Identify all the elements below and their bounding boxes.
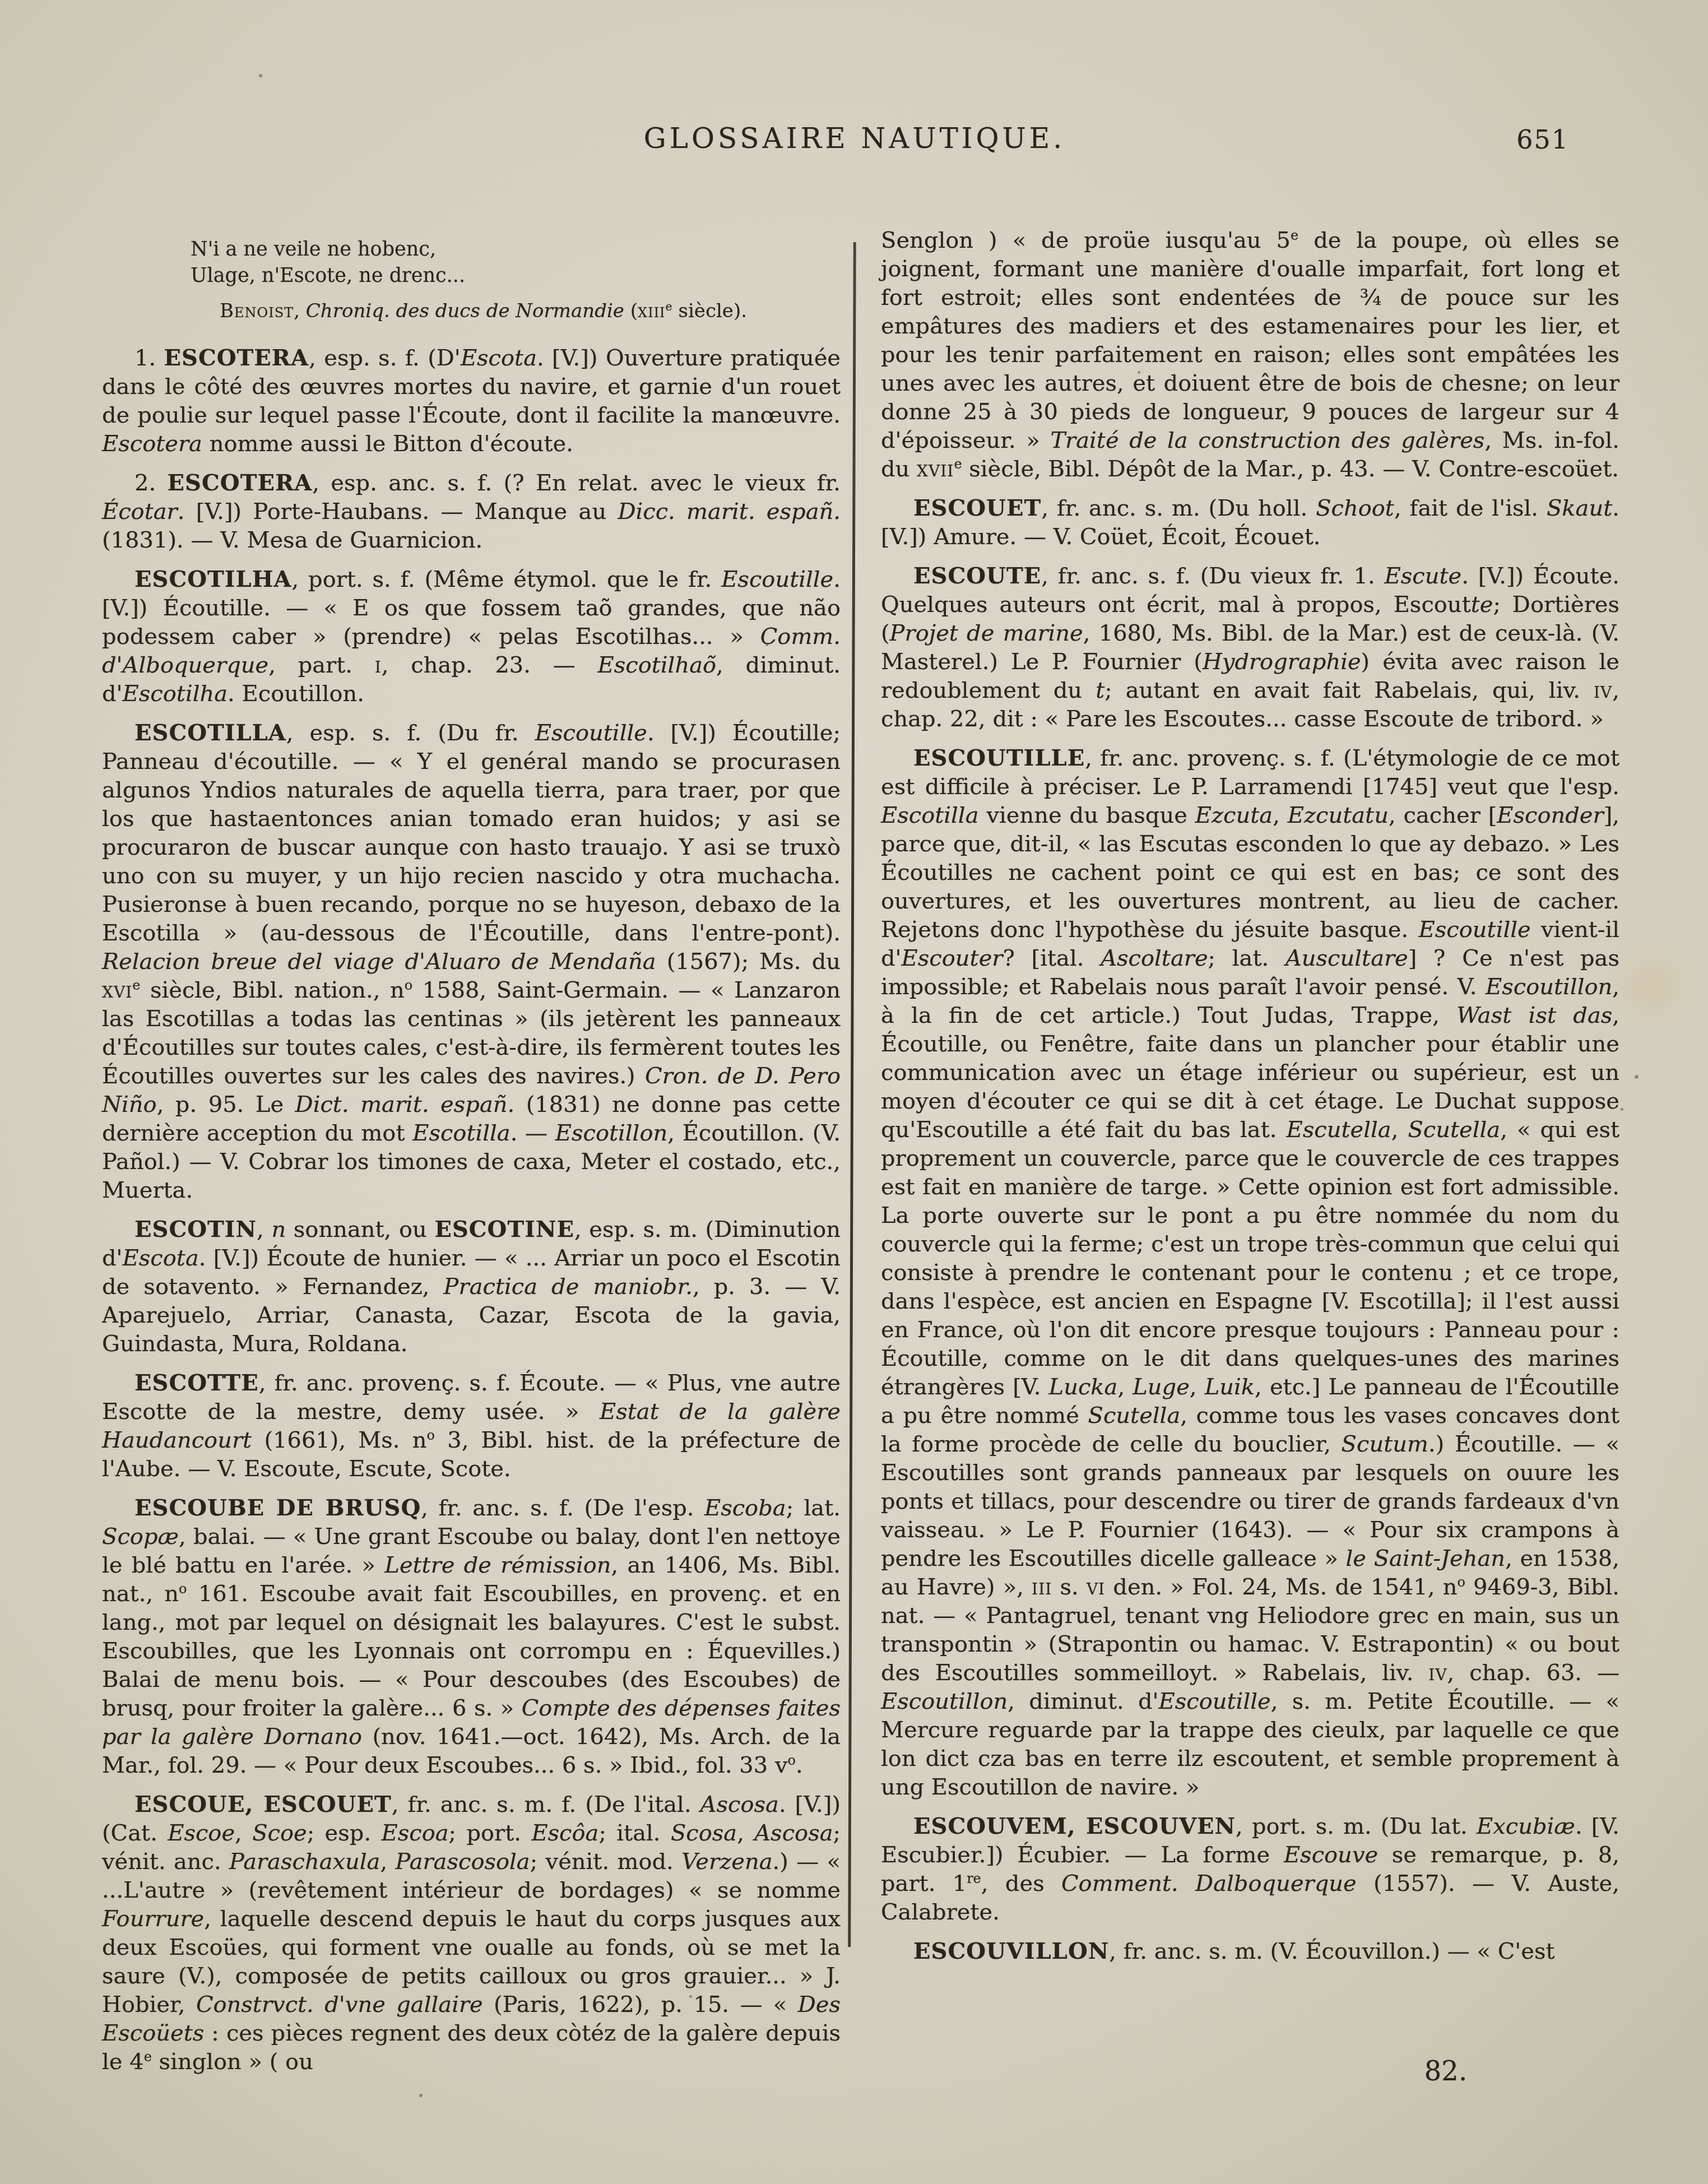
epigraph-verse-line: Ulage, n'Escote, ne drenc... bbox=[191, 263, 841, 289]
entry-escoute: ESCOUTE, fr. anc. s. f. (Du vieux fr. 1.… bbox=[881, 562, 1619, 734]
entry-escoue-escouet-continuation: Senglon ) « de proüe iusqu'au 5e de la p… bbox=[881, 226, 1619, 484]
epigraph-verse-line: N'i a ne veile ne hobenc, bbox=[191, 237, 841, 263]
column-divider-rule bbox=[848, 242, 856, 1947]
entry-escotera-2: 2. ESCOTERA, esp. anc. s. f. (? En relat… bbox=[102, 469, 841, 555]
left-column: N'i a ne veile ne hobenc, Ulage, n'Escot… bbox=[102, 226, 841, 2053]
running-title: GLOSSAIRE NAUTIQUE. bbox=[95, 122, 1614, 155]
entry-escotera-1: 1. ESCOTERA, esp. s. f. (D'Escota. [V.])… bbox=[102, 344, 841, 458]
entry-escotilla: ESCOTILLA, esp. s. f. (Du fr. Escoutille… bbox=[102, 718, 841, 1205]
gathering-signature: 82. bbox=[1362, 2056, 1530, 2087]
epigraph: N'i a ne veile ne hobenc, Ulage, n'Escot… bbox=[191, 237, 841, 324]
entry-escotte: ESCOTTE, fr. anc. provenç. s. f. Écoute.… bbox=[102, 1369, 841, 1483]
entry-escoutille: ESCOUTILLE, fr. anc. provenç. s. f. (L'é… bbox=[881, 744, 1619, 1802]
entry-escouet: ESCOUET, fr. anc. s. m. (Du holl. Schoot… bbox=[881, 494, 1619, 551]
entry-escoube-de-brusq: ESCOUBE DE BRUSQ, fr. anc. s. f. (De l'e… bbox=[102, 1494, 841, 1780]
entry-escouvillon: ESCOUVILLON, fr. anc. s. m. (V. Écouvill… bbox=[881, 1937, 1619, 1966]
page-number: 651 bbox=[1479, 124, 1569, 155]
entry-escouvem-escouven: ESCOUVEM, ESCOUVEN, port. s. m. (Du lat.… bbox=[881, 1812, 1619, 1927]
entry-escoue-escouet: ESCOUE, ESCOUET, fr. anc. s. m. f. (De l… bbox=[102, 1790, 841, 2076]
entry-escotilha: ESCOTILHA, port. s. f. (Même étymol. que… bbox=[102, 565, 841, 708]
epigraph-attribution: Benoist, Chroniq. des ducs de Normandie … bbox=[220, 298, 841, 324]
scanned-dictionary-page: GLOSSAIRE NAUTIQUE. 651 N'i a ne veile n… bbox=[0, 0, 1708, 2184]
right-column: Senglon ) « de proüe iusqu'au 5e de la p… bbox=[881, 226, 1619, 2053]
entry-escotin: ESCOTIN, n sonnant, ou ESCOTINE, esp. s.… bbox=[102, 1215, 841, 1358]
